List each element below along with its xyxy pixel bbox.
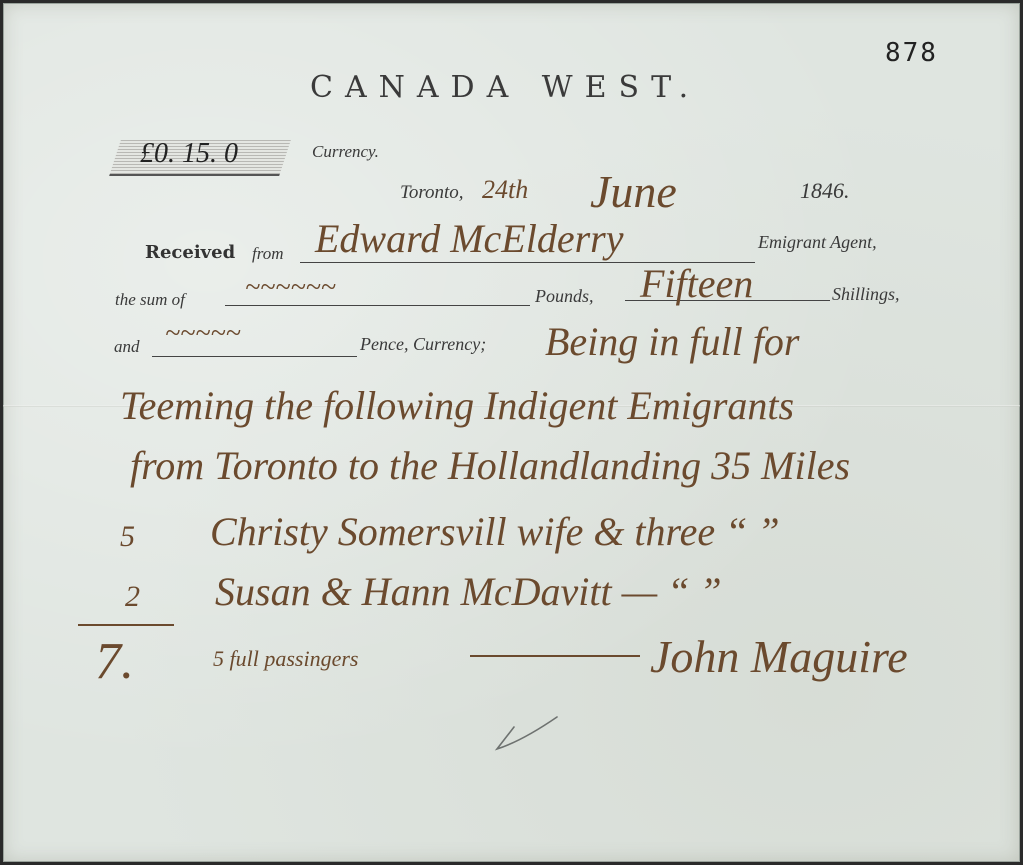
total-rule — [78, 624, 174, 626]
shillings-label: Shillings, — [832, 284, 900, 305]
date-day: 24th — [482, 175, 528, 205]
shillings-value: Fifteen — [640, 260, 753, 307]
total-note: 5 full passingers — [213, 646, 358, 672]
entry-qty-2: 2 — [125, 580, 140, 614]
and-label: and — [114, 337, 140, 357]
document-title: CANADA WEST. — [310, 70, 700, 105]
total-dash — [470, 655, 640, 657]
place-label: Toronto, — [400, 182, 464, 204]
pounds-value: ~~~~~~ — [245, 272, 336, 304]
date-year: 1846. — [800, 178, 850, 204]
pounds-label: Pounds, — [535, 286, 594, 307]
pounds-underline — [225, 305, 530, 306]
check-mark-icon — [492, 715, 562, 755]
sum-label: the sum of — [115, 290, 185, 310]
currency-label: Currency. — [312, 142, 379, 162]
total-qty: 7. — [95, 632, 134, 691]
received-label: Received — [145, 242, 235, 263]
from-label: from — [252, 244, 284, 264]
signature: John Maguire — [650, 630, 908, 683]
entry-qty-1: 5 — [120, 520, 135, 554]
date-month: June — [590, 165, 677, 218]
pence-value: ~~~~~ — [165, 318, 241, 350]
document-number: 878 — [885, 38, 938, 68]
pence-label: Pence, Currency; — [360, 334, 486, 355]
payer-name: Edward McElderry — [315, 215, 623, 262]
entry-text-1: Christy Somersvill wife & three “ ” — [210, 508, 780, 555]
entry-text-2: Susan & Hann McDavitt — “ ” — [215, 568, 722, 615]
handwritten-line-3: from Toronto to the Hollandlanding 35 Mi… — [130, 442, 850, 489]
handwritten-line-1: Being in full for — [545, 318, 799, 365]
handwritten-line-2: Teeming the following Indigent Emigrants — [120, 382, 794, 429]
amount-value: £0. 15. 0 — [140, 138, 238, 170]
pence-underline — [152, 356, 357, 357]
payer-role-label: Emigrant Agent, — [758, 232, 877, 253]
